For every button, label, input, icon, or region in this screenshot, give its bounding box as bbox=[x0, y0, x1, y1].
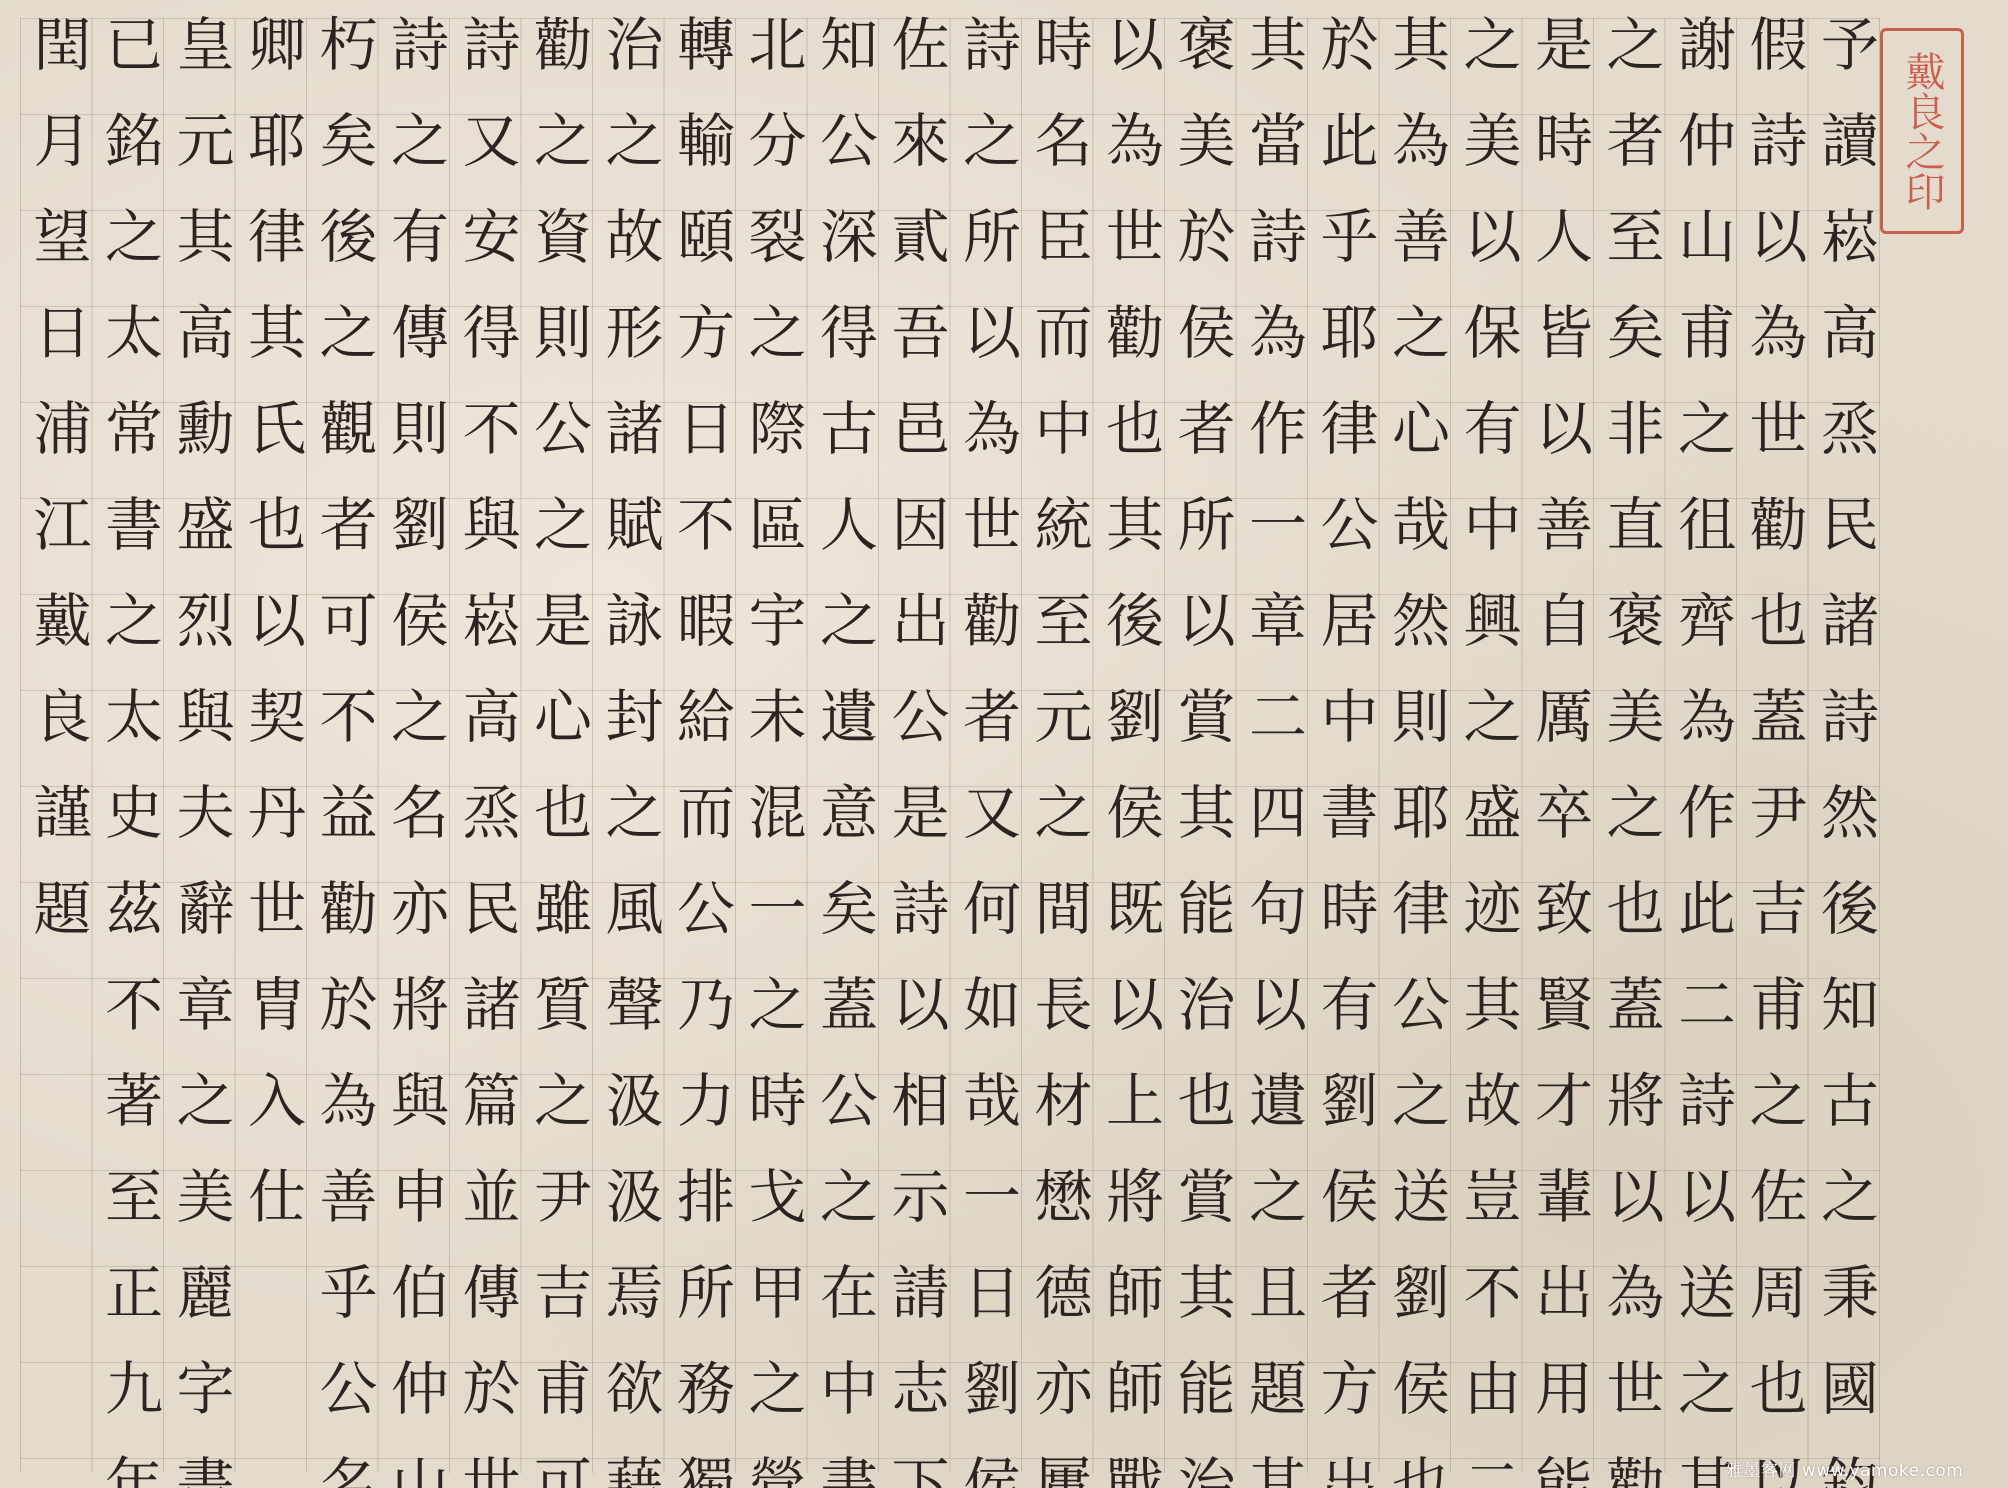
text-columns: 予讀崧高烝民諸詩然後知古之秉國鈞者未嘗不 假詩以為世勸也蓋尹吉甫之佐周也以申伯之… bbox=[20, 14, 1880, 1474]
text-column: 假詩以為世勸也蓋尹吉甫之佐周也以申伯之治 bbox=[1737, 14, 1809, 1474]
text-column: 勸之資則公之是心也雖質之尹吉甫可也其所為 bbox=[522, 14, 594, 1474]
text-column: 詩又安得不與崧高烝民諸篇並傳於世哉議使是 bbox=[450, 14, 522, 1474]
text-column: 佐來貳吾邑因出公是詩以相示請志下方予於是 bbox=[879, 14, 951, 1474]
text-column: 已銘之太常書之太史茲不著至正九年歲己丑 bbox=[93, 14, 165, 1474]
text-column: 之者至矣非直褒美之也蓋將以為世勸焉爾故當 bbox=[1594, 14, 1666, 1474]
text-column: 詩之所以為世勸者又何如哉一日劉侯之曾孫之 bbox=[951, 14, 1023, 1474]
text-column: 其當詩為作一章二四句以遺之且題其末曰予之 bbox=[1237, 14, 1309, 1474]
text-column: 卿耶律其氏也以契丹世胄入仕 bbox=[236, 14, 308, 1474]
text-column: 予讀崧高烝民諸詩然後知古之秉國鈞者未嘗不 bbox=[1809, 14, 1881, 1474]
text-column: 北分裂之際區宇未混一之時戈甲之營調蜀餉之 bbox=[736, 14, 808, 1474]
red-seal-stamp: 戴良之印 bbox=[1880, 28, 1964, 234]
text-column: 轉輸頤方日不暇給而公乃力排所務獨以劉侯能 bbox=[665, 14, 737, 1474]
text-column: 治之故形諸賦詠封之風聲汲汲焉欲藉是以為世 bbox=[593, 14, 665, 1474]
text-column: 詩之有傳則劉侯之名亦將與申伯仲山甫同乘不 bbox=[379, 14, 451, 1474]
text-column: 是時人皆以善自厲卒致賢才輩出用能不墜宣王 bbox=[1523, 14, 1595, 1474]
text-column: 閏月望日浦江戴良謹題 bbox=[21, 14, 93, 1474]
text-column: 時名臣而中統至元之間長材懋德亦屢見而疊出 bbox=[1022, 14, 1094, 1474]
text-column: 其為善之心哉然則耶律公之送劉侯也庶幾有得 bbox=[1380, 14, 1452, 1474]
text-column: 之美以保有中興之盛迹其故豈不由二詩有以勸 bbox=[1451, 14, 1523, 1474]
text-column: 朽矣後之觀者可不益勸於為善乎公名楚材字晉 bbox=[307, 14, 379, 1474]
site-watermark: 雅墨客网 www.yamoke.com bbox=[1726, 1456, 1963, 1481]
text-column: 皇元其高勳盛烈與夫辭章之美麗字畫之遒勁固 bbox=[164, 14, 236, 1474]
text-column: 以為世勸也其後劉侯既以上將師師戰金破汴為 bbox=[1094, 14, 1166, 1474]
text-column: 於此乎耶律公居中書時有劉侯者方出治陽門曰 bbox=[1308, 14, 1380, 1474]
text-column: 褒美於侯者所以賞其能治也賞其能治也者乃所 bbox=[1165, 14, 1237, 1474]
text-column: 知公深得古人之遺意矣蓋公之在中書也當天南 bbox=[808, 14, 880, 1474]
text-column: 謝仲山甫之徂齊為作此二詩以送之其所以褒美 bbox=[1666, 14, 1738, 1474]
